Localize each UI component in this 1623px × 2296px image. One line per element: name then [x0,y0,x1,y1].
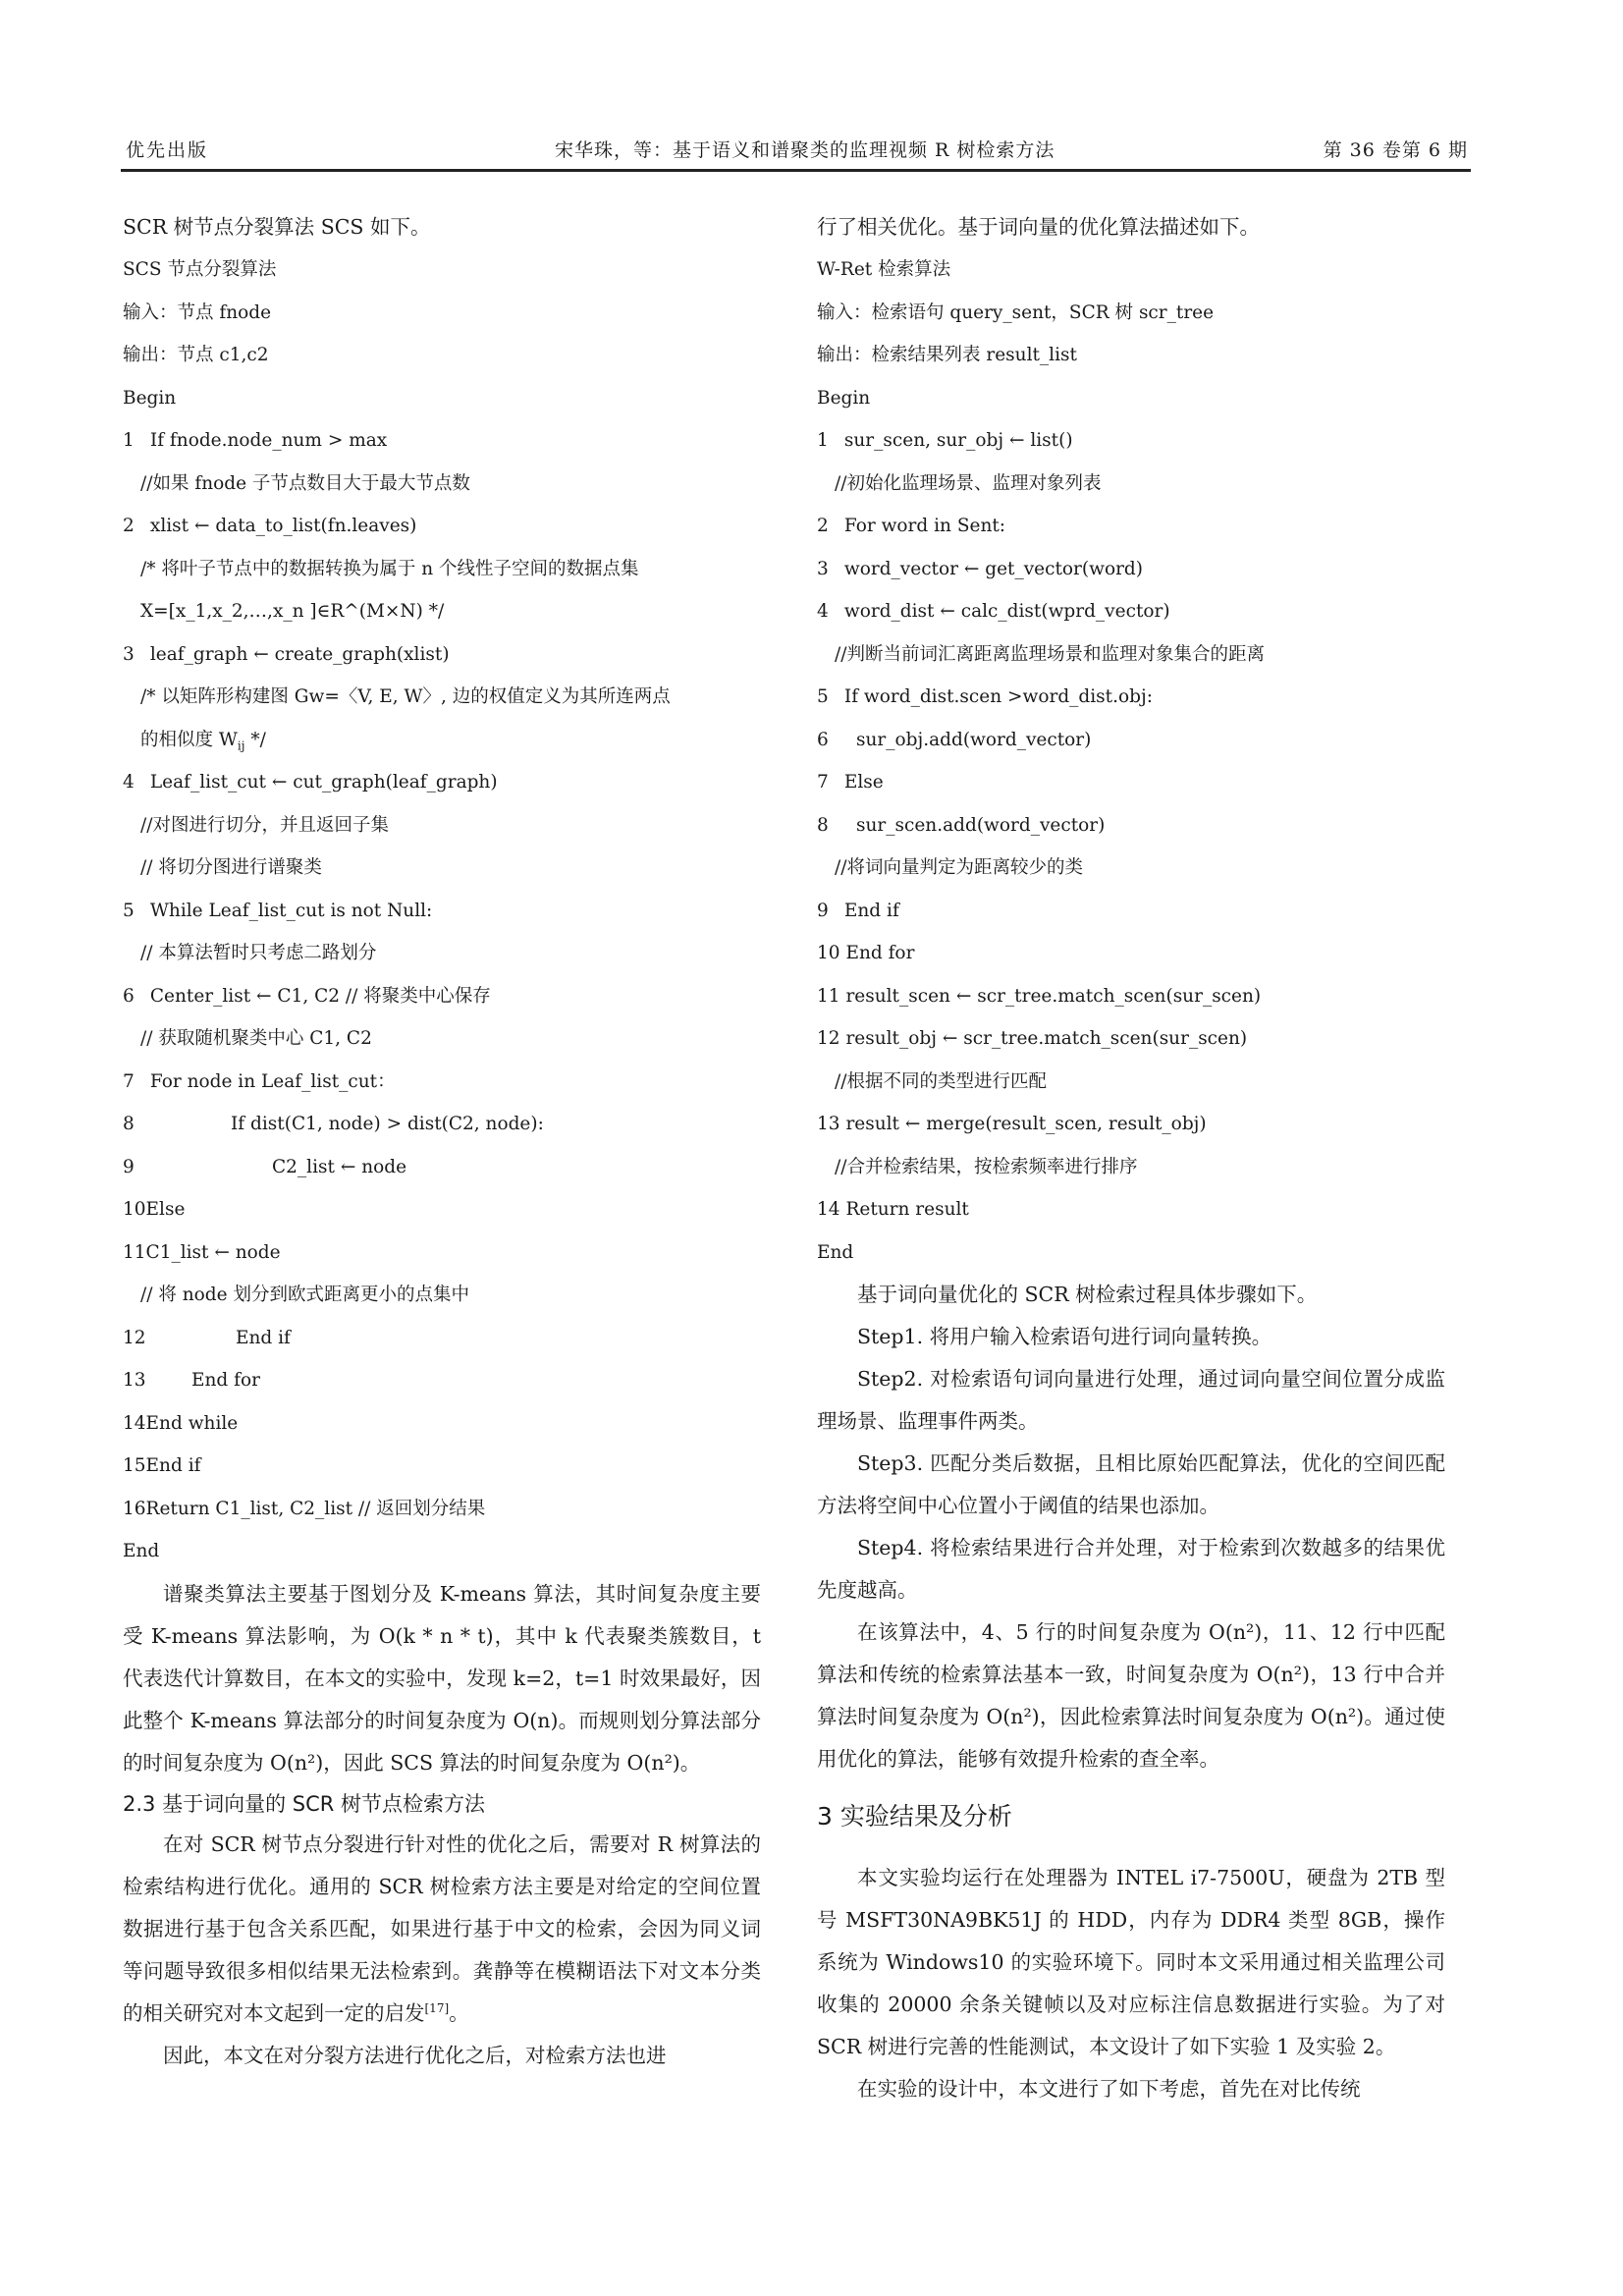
code-line: 8If dist(C1, node) > dist(C2, node): [123,1103,761,1146]
step-4: Step4. 将检索结果进行合并处理，对于检索到次数越多的结果优先度越高。 [817,1527,1445,1612]
code-comment: /* 以矩阵形构建图 Gw=〈V, E, W〉, 边的权值定义为其所连两点 [123,676,761,719]
code-line: 8sur_scen.add(word_vector) [817,804,1445,847]
continuation-text: 行了相关优化。基于词向量的优化算法描述如下。 [817,206,1445,248]
code-line: 6 Center_list ← C1, C2 // 将聚类中心保存 [123,975,761,1018]
code-comment: // 获取随机聚类中心 C1, C2 [123,1017,761,1061]
algorithm-output: 输出：节点 c1,c2 [123,334,761,377]
left-column: SCR 树节点分裂算法 SCS 如下。 SCS 节点分裂算法 输入：节点 fno… [123,206,761,2077]
code-line: 14End while [123,1402,761,1446]
algorithm-end: End [817,1231,1445,1275]
code-line: 7 For node in Leaf_list_cut： [123,1061,761,1104]
running-header: 优先出版 宋华珠，等：基于语义和谱聚类的监理视频 R 树检索方法 第 36 卷第… [123,136,1468,167]
code-line: 13End for [123,1359,761,1402]
algorithm-input: 输入：检索语句 query_sent，SCR 树 scr_tree [817,292,1445,335]
code-line: 3 word_vector ← get_vector(word) [817,548,1445,591]
code-line: 9 End if [817,890,1445,933]
algorithm-begin: Begin [817,377,1445,420]
code-comment: //判断当前词汇离距离监理场景和监理对象集合的距离 [817,633,1445,677]
code-comment: /* 将叶子节点中的数据转换为属于 n 个线性子空间的数据点集 [123,548,761,591]
code-line: 4 Leaf_list_cut ← cut_graph(leaf_graph) [123,761,761,804]
code-line: 5 If word_dist.scen >word_dist.obj: [817,676,1445,719]
code-line: 6sur_obj.add(word_vector) [817,719,1445,762]
code-line: 11C1_list ← node [123,1231,761,1275]
code-line: 2 xlist ← data_to_list(fn.leaves) [123,505,761,548]
code-comment: //对图进行切分，并且返回子集 [123,804,761,847]
code-line: 5 While Leaf_list_cut is not Null: [123,890,761,933]
code-line: 4 word_dist ← calc_dist(wprd_vector) [817,590,1445,633]
code-line: 13 result ← merge(result_scen, result_ob… [817,1103,1445,1146]
step-1: Step1. 将用户输入检索语句进行词向量转换。 [817,1316,1445,1358]
code-comment: //将词向量判定为距离较少的类 [817,847,1445,890]
code-comment: 的相似度 Wij */ [123,719,761,762]
paragraph-design: 在实验的设计中，本文进行了如下考虑，首先在对比传统 [817,2068,1445,2110]
header-article-title: 宋华珠，等：基于语义和谱聚类的监理视频 R 树检索方法 [555,136,1055,162]
code-line: 14 Return result [817,1188,1445,1231]
algorithm-begin: Begin [123,377,761,420]
code-comment: //如果 fnode 子节点数目大于最大节点数 [123,463,761,506]
step-3: Step3. 匹配分类后数据，且相比原始匹配算法，优化的空间匹配方法将空间中心位… [817,1443,1445,1527]
header-volume-issue: 第 36 卷第 6 期 [1324,136,1468,162]
algorithm-end: End [123,1530,761,1573]
header-publication-status: 优先出版 [126,136,208,162]
code-line: 10 End for [817,932,1445,975]
section-heading-2-3: 2.3 基于词向量的 SCR 树节点检索方法 [123,1784,761,1824]
algorithm-output: 输出：检索结果列表 result_list [817,334,1445,377]
step-2: Step2. 对检索语句词向量进行处理，通过词向量空间位置分成监理场景、监理事件… [817,1358,1445,1443]
intro-text: SCR 树节点分裂算法 SCS 如下。 [123,206,761,248]
algorithm-input: 输入：节点 fnode [123,292,761,335]
code-comment: // 本算法暂时只考虑二路划分 [123,932,761,975]
code-line: 2 For word in Sent: [817,505,1445,548]
code-line: 3 leaf_graph ← create_graph(xlist) [123,633,761,677]
code-comment: // 将切分图进行谱聚类 [123,847,761,890]
code-line: 12End if [123,1317,761,1360]
code-line: 12 result_obj ← scr_tree.match_scen(sur_… [817,1017,1445,1061]
algorithm-title: SCS 节点分裂算法 [123,248,761,292]
code-line: 9C2_list ← node [123,1146,761,1189]
paragraph-retrieval-complexity: 在该算法中，4、5 行的时间复杂度为 O(n²)，11、12 行中匹配算法和传统… [817,1612,1445,1780]
code-line: 10Else [123,1188,761,1231]
paragraph-environment: 本文实验均运行在处理器为 INTEL i7-7500U，硬盘为 2TB 型号 M… [817,1857,1445,2068]
code-comment: X=[x_1,x_2,…,x_n ]∈R^(M×N) */ [123,590,761,633]
code-line: 15End if [123,1445,761,1488]
code-comment: //根据不同的类型进行匹配 [817,1061,1445,1104]
paragraph-complexity: 谱聚类算法主要基于图划分及 K-means 算法，其时间复杂度主要受 K-mea… [123,1573,761,1784]
code-comment: // 将 node 划分到欧式距离更小的点集中 [123,1274,761,1317]
header-rule [121,169,1471,172]
algorithm-title: W-Ret 检索算法 [817,248,1445,292]
code-line: 11 result_scen ← scr_tree.match_scen(sur… [817,975,1445,1018]
code-comment: //初始化监理场景、监理对象列表 [817,463,1445,506]
steps-intro: 基于词向量优化的 SCR 树检索过程具体步骤如下。 [817,1274,1445,1316]
code-line: 1 If fnode.node_num > max [123,419,761,463]
code-line: 16Return C1_list, C2_list // 返回划分结果 [123,1488,761,1531]
paragraph-therefore: 因此，本文在对分裂方法进行优化之后，对检索方法也进 [123,2035,761,2077]
paragraph-retrieval-intro: 在对 SCR 树节点分裂进行针对性的优化之后，需要对 R 树算法的检索结构进行优… [123,1824,761,2035]
code-comment: //合并检索结果，按检索频率进行排序 [817,1146,1445,1189]
code-line: 1 sur_scen, sur_obj ← list() [817,419,1445,463]
citation-ref[interactable]: [17] [425,2001,450,2015]
section-heading-3: 3 实验结果及分析 [817,1792,1445,1841]
right-column: 行了相关优化。基于词向量的优化算法描述如下。 W-Ret 检索算法 输入：检索语… [817,206,1445,2110]
code-line: 7 Else [817,761,1445,804]
